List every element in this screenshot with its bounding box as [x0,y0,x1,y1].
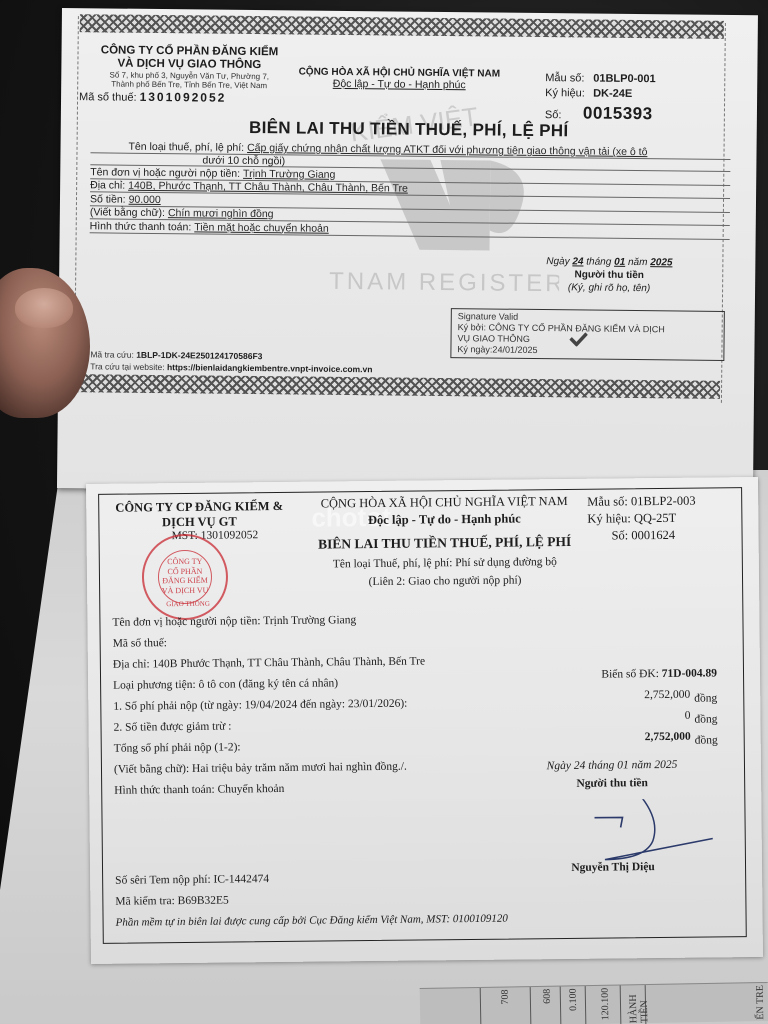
under-value: 708 [500,989,511,1004]
stamp-text: CÔNG TY [159,557,211,567]
payment-method-label: Hình thức thanh toán: [90,220,192,233]
amount-value: 90.000 [129,193,161,205]
collector-role: Người thu tiền [512,776,712,790]
underlying-table-fragment: 708 608 0.100 120.100 HÀNH TIỀN ẾN TRE [420,982,768,1024]
symbol-value: DK-24E [593,87,632,102]
payer-label: Tên đơn vị hoặc người nộp tiền: [90,166,240,180]
receipt-meta: Mẫu số: 01BLP2-003 Ký hiệu: QQ-25T Số: 0… [587,493,696,545]
payment-method-value: Tiền mặt hoặc chuyển khoản [194,221,329,234]
national-motto: Độc lập - Tự do - Hạnh phúc [289,77,509,91]
checkmark-icon [569,332,587,346]
company-name: CÔNG TY CP ĐĂNG KIỂM & [107,499,291,516]
fee-due-value: 2,752,000 [644,689,690,701]
date-month-prefix: tháng [586,257,611,268]
address-value: 140B, Phước Thạnh, TT Châu Thành, Châu T… [128,180,408,195]
thumb [15,288,73,328]
signature-note: (Ký, ghi rõ họ, tên) [499,281,719,296]
lookup-site-label: Tra cứu tại website: [90,361,164,372]
receipt-fields: Tên loại thuế, phí, lệ phí:Cấp giấy chứn… [90,136,731,239]
amount-words-label: (Viết bằng chữ): [90,206,165,219]
discount-label: 2. Số tiền được giảm trừ : [113,720,231,733]
lookup-site-link[interactable]: https://bienlaidangkiembentre.vnpt-invoi… [167,362,373,374]
stamp-text: CỔ PHẦN [159,566,211,576]
receipt-bottom: CÔNG TY CP ĐĂNG KIỂM & DỊCH VỤ GT MST: 1… [86,477,763,964]
fee-type-label: Tên loại thuế, phí, lệ phí: [128,141,244,154]
stamp-text: GIAO THÔNG [166,600,210,608]
payer-value: Trịnh Trường Giang [243,167,335,180]
national-name: CỘNG HÒA XÃ HỘI CHỦ NGHĨA VIỆT NAM [299,494,589,512]
symbol-label: Ký hiệu: [545,86,593,102]
under-value: 0.100 [568,988,579,1011]
plate-value: 71D-004.89 [662,667,717,680]
receipt-title: BIÊN LAI THU TIỀN THUẾ, PHÍ, LỆ PHÍ [300,534,590,553]
date-year-prefix: năm [628,257,648,268]
digital-signature-box: Signature Valid Ký bởi: CÔNG TY CỔ PHẦN … [450,308,725,361]
national-header: CỘNG HÒA XÃ HỘI CHỦ NGHĨA VIỆT NAM Độc l… [299,494,590,589]
national-header: CỘNG HÒA XÃ HỘI CHỦ NGHĨA VIỆT NAM Độc l… [289,66,509,91]
receipt-top: KIỂM VIỆT TNAM REGISTER CÔNG TY CỔ PHẦN … [57,8,758,495]
date-month: 01 [614,257,625,268]
date-year: 2025 [650,257,672,268]
issuer-company-block: CÔNG TY CP ĐĂNG KIỂM & DỊCH VỤ GT [107,499,291,531]
receipt-footer: Số sêri Tem nộp phí: IC-1442474 Mã kiểm … [115,867,508,934]
fee-type: Tên loại Thuế, phí, lệ phí: Phí sử dụng … [300,556,590,571]
under-value: 120.100 [600,988,612,1021]
symbol-value: Ký hiệu: QQ-25T [587,510,696,528]
issuer-company-block: CÔNG TY CỔ PHẦN ĐĂNG KIỂM VÀ DỊCH VỤ GIA… [79,44,300,105]
under-value: ẾN TRE [755,985,767,1020]
stamp-text: ĐĂNG KIỂM [159,576,211,586]
total-value: 2,752,000 [645,731,691,743]
under-value: 608 [542,989,553,1004]
receipt-frame: CÔNG TY CP ĐĂNG KIỂM & DỊCH VỤ GT MST: 1… [98,487,747,944]
company-name-line2: DỊCH VỤ GT [107,514,291,531]
plate-label: Biển số ĐK: [601,668,659,681]
date-prefix: Ngày [546,256,569,267]
discount-value: 0 [685,710,691,722]
form-number: Mẫu số: 01BLP2-003 [587,493,696,511]
form-number: 01BLP0-001 [593,72,656,88]
amount-words-value: Chín mươi nghìn đồng [168,207,274,220]
address-label: Địa chỉ: [90,179,125,191]
lookup-code: 1BLP-1DK-24E250124170586F3 [136,350,262,361]
fee-due-label: 1. Số phí phải nộp (từ ngày: 19/04/2024 … [113,698,407,713]
handwritten-signature-icon [582,798,723,869]
lookup-code-label: Mã tra cứu: [90,349,134,359]
company-name: CÔNG TY CỔ PHẦN ĐĂNG KIỂM [79,44,299,59]
national-motto: Độc lập - Tự do - Hạnh phúc [299,511,589,529]
collector-signature-area: Ngày 24 tháng 01 năm 2025 Người thu tiền… [499,255,719,296]
amount-label: Số tiền: [90,193,126,205]
currency: đồng [695,730,718,751]
copy-note: (Liên 2: Giao cho người nộp phí) [300,574,590,589]
stamp-text: VÀ DỊCH VỤ [159,585,211,595]
total-label: Tổng số phí phải nộp (1-2): [114,741,241,754]
sign-date: Ngày 24 tháng 01 năm 2025 [512,758,712,772]
tax-code: 1301092052 [140,90,227,105]
receipt-meta: Mẫu số:01BLP0-001 Ký hiệu:DK-24E Số:0015… [545,71,656,124]
receipt-number: 0015393 [583,105,653,121]
vehicle-type: Loại phương tiện: ô tô con (đăng ký tên … [113,677,338,691]
tax-label: Mã số thuế: [79,91,137,104]
company-seal-stamp: CÔNG TY CỔ PHẦN ĐĂNG KIỂM VÀ DỊCH VỤ GIA… [142,534,229,621]
receipt-number: Số: 0001624 [587,527,696,545]
lookup-info: Mã tra cứu: 1BLP-1DK-24E250124170586F3 T… [90,348,372,375]
under-value: HÀNH TIỀN [628,987,651,1023]
software-note: Phần mềm tự in biên lai được cung cấp bở… [115,909,507,934]
date-day: 24 [572,256,583,267]
form-label: Mẫu số: [545,71,593,87]
